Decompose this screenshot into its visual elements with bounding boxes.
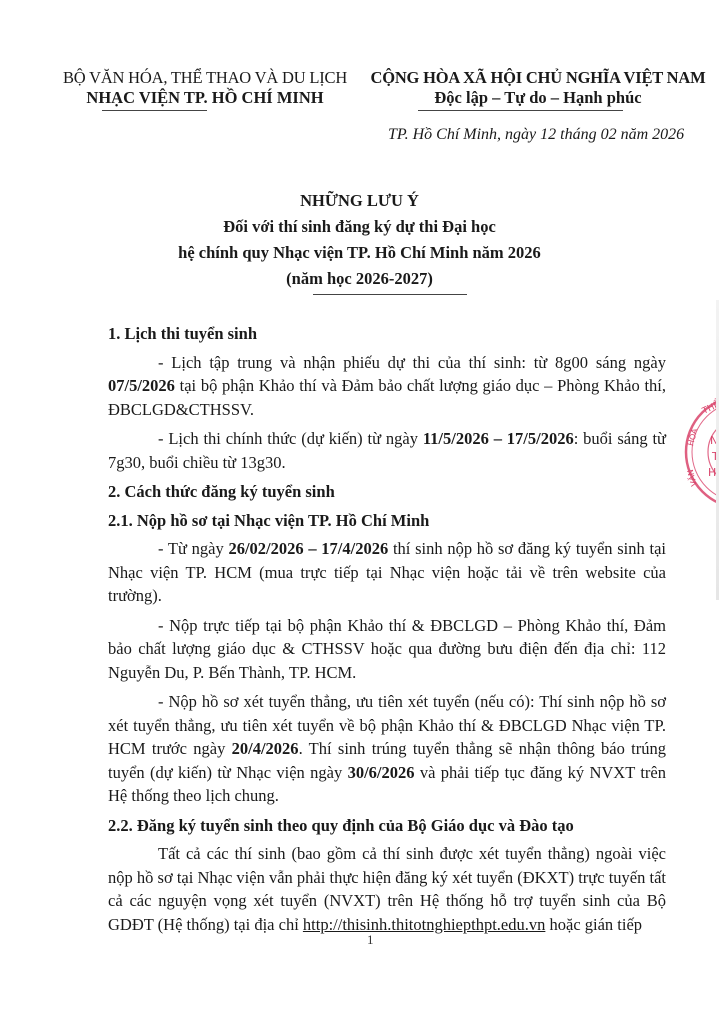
section-1-paragraph-2: - Lịch thi chính thức (dự kiến) từ ngày …	[108, 427, 666, 474]
title-line-3: hệ chính quy Nhạc viện TP. Hồ Chí Minh n…	[0, 240, 719, 266]
page-number: 1	[367, 932, 374, 948]
issuer-underline	[102, 110, 207, 111]
document-page: BỘ VĂN HÓA, THỂ THAO VÀ DU LỊCH NHẠC VIỆ…	[0, 0, 719, 1014]
republic-name: CỘNG HÒA XÃ HỘI CHỦ NGHĨA VIỆT NAM	[358, 68, 718, 88]
text: hoặc gián tiếp	[545, 915, 642, 934]
national-motto: Độc lập – Tự do – Hạnh phúc	[358, 88, 718, 108]
text: tại bộ phận Khảo thí và Đảm bảo chất lượ…	[108, 376, 666, 419]
section-2-2-heading: 2.2. Đăng ký tuyển sinh theo quy định củ…	[108, 814, 666, 838]
title-line-1: NHỮNG LƯU Ý	[0, 188, 719, 214]
section-2-2-paragraph-1: Tất cả các thí sinh (bao gồm cả thí sinh…	[108, 842, 666, 936]
bold-date: 26/02/2026 – 17/4/2026	[228, 539, 388, 558]
motto-underline	[418, 110, 623, 111]
title-underline	[313, 294, 467, 295]
bold-date: 30/6/2026	[348, 763, 415, 782]
document-title: NHỮNG LƯU Ý Đối với thí sinh đăng ký dự …	[0, 188, 719, 292]
registration-portal-link[interactable]: http://thisinh.thitotnghiepthpt.edu.vn	[303, 915, 545, 934]
national-motto-block: CỘNG HÒA XÃ HỘI CHỦ NGHĨA VIỆT NAM Độc l…	[358, 68, 718, 108]
title-line-4: (năm học 2026-2027)	[0, 266, 719, 292]
section-2-1-paragraph-3: - Nộp hồ sơ xét tuyển thẳng, ưu tiên xét…	[108, 690, 666, 808]
stamp-text-left-2: VĂN	[684, 468, 699, 487]
document-date: TP. Hồ Chí Minh, ngày 12 tháng 02 năm 20…	[388, 126, 684, 144]
section-1-paragraph-1: - Lịch tập trung và nhận phiếu dự thi củ…	[108, 351, 666, 422]
section-2-1-paragraph-2: - Nộp trực tiếp tại bộ phận Khảo thí & Đ…	[108, 614, 666, 685]
text: - Từ ngày	[158, 539, 228, 558]
text: - Lịch tập trung và nhận phiếu dự thi củ…	[158, 353, 666, 372]
issuer-block: BỘ VĂN HÓA, THỂ THAO VÀ DU LỊCH NHẠC VIỆ…	[60, 68, 350, 108]
stamp-text-left: HÓA	[684, 426, 699, 446]
text: - Lịch thi chính thức (dự kiến) từ ngày	[158, 429, 423, 448]
section-2-heading: 2. Cách thức đăng ký tuyển sinh	[108, 480, 666, 504]
title-line-2: Đối với thí sinh đăng ký dự thi Đại học	[0, 214, 719, 240]
section-2-1-paragraph-1: - Từ ngày 26/02/2026 – 17/4/2026 thí sin…	[108, 537, 666, 608]
section-1-heading: 1. Lịch thi tuyển sinh	[108, 322, 666, 346]
bold-date: 07/5/2026	[108, 376, 175, 395]
document-body: 1. Lịch thi tuyển sinh - Lịch tập trung …	[108, 320, 666, 942]
section-2-1-heading: 2.1. Nộp hồ sơ tại Nhạc viện TP. Hồ Chí …	[108, 509, 666, 533]
bold-date: 20/4/2026	[232, 739, 299, 758]
institution-name: NHẠC VIỆN TP. HỒ CHÍ MINH	[60, 88, 350, 108]
official-seal-stamp: THỂ HÓA VĂN NHẠ THÀ HỒ	[682, 392, 719, 512]
ministry-name: BỘ VĂN HÓA, THỂ THAO VÀ DU LỊCH	[60, 68, 350, 88]
bold-date: 11/5/2026 – 17/5/2026	[423, 429, 574, 448]
